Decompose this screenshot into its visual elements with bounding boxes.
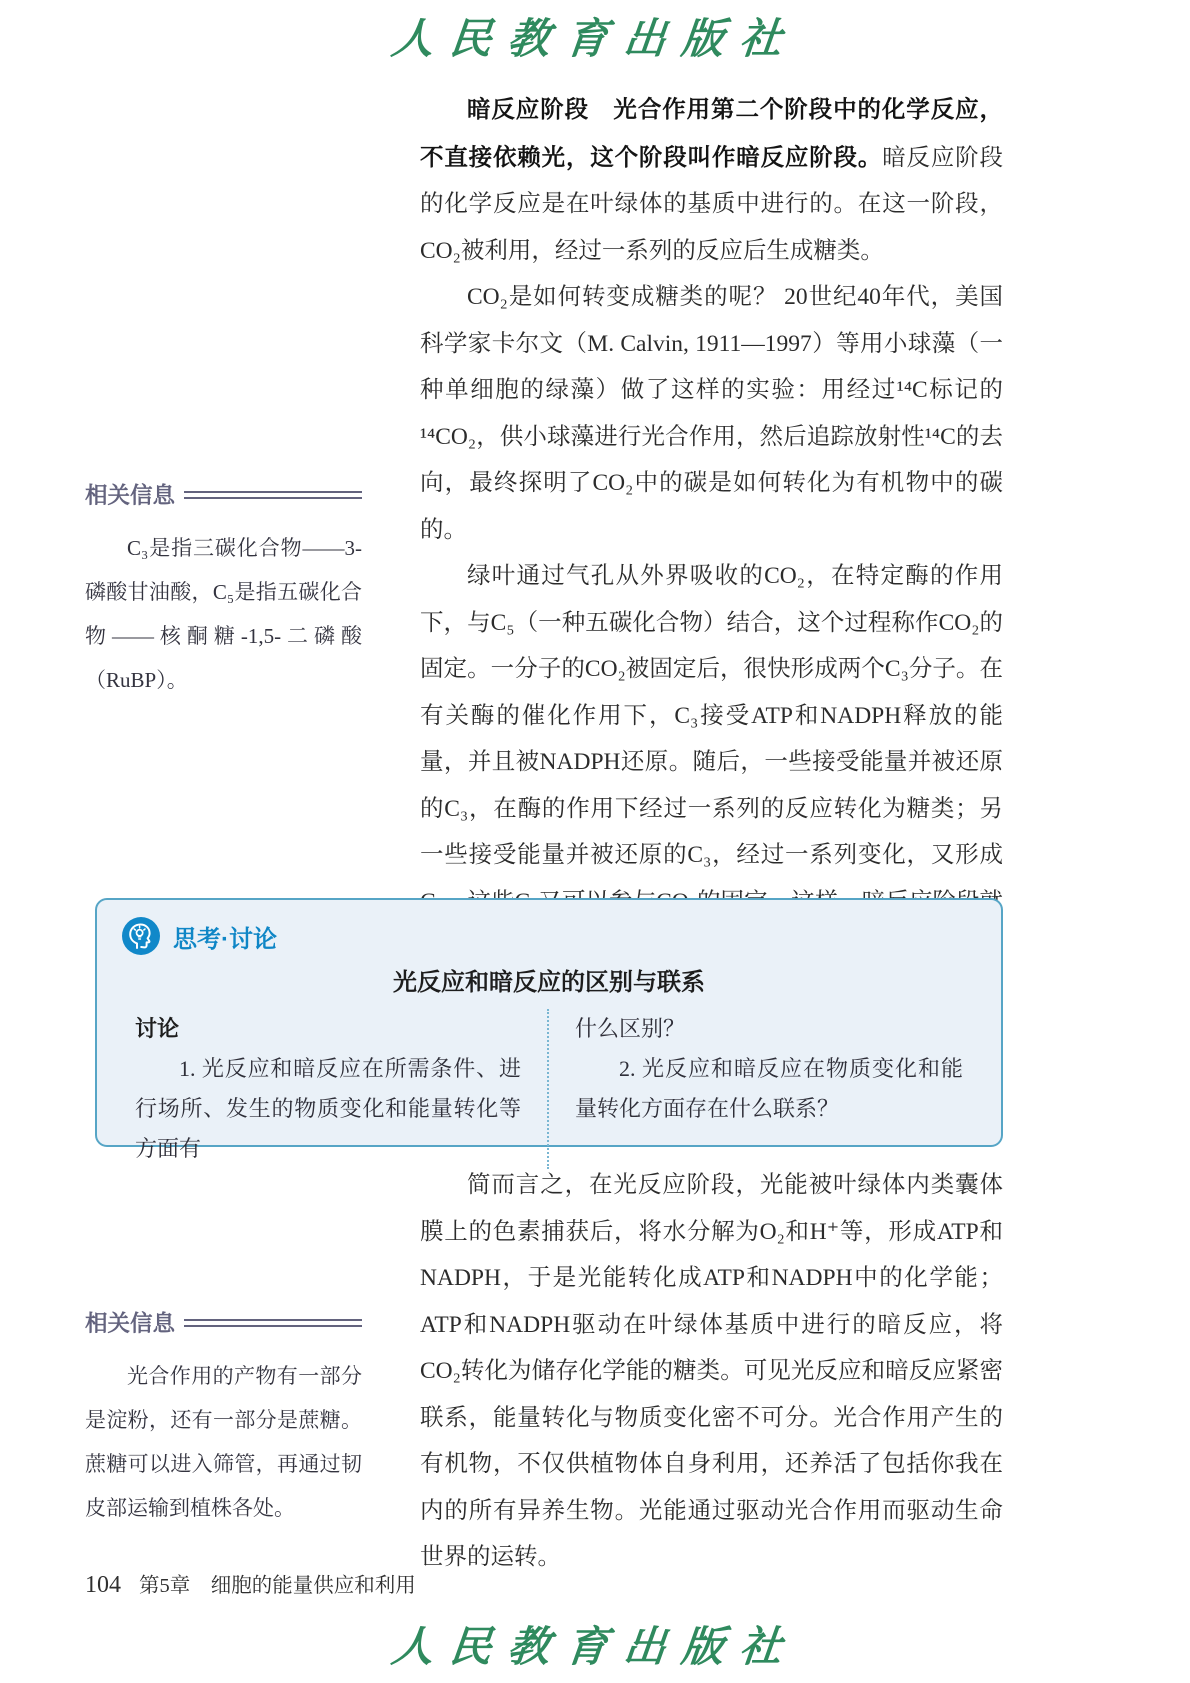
think-head-bulb-icon <box>121 916 161 956</box>
related-info-heading-row: 相关信息 <box>85 478 362 510</box>
related-info-text: 光合作用的产物有一部分是淀粉，还有一部分是蔗糖。蔗糖可以进入筛管，再通过韧皮部运… <box>85 1354 362 1530</box>
discuss-question-1: 1. 光反应和暗反应在所需条件、进行场所、发生的物质变化和能量转化等方面有 <box>135 1049 521 1169</box>
related-info-note-1: 相关信息 C₃是指三碳化合物——3-磷酸甘油酸，C₅是指五碳化合物——核酮糖-1… <box>85 478 362 702</box>
main-text-lower: 简而言之，在光反应阶段，光能被叶绿体内类囊体膜上的色素捕获后，将水分解为O₂和H… <box>420 1162 1003 1581</box>
discuss-column-right: 什么区别？ 2. 光反应和暗反应在物质变化和能量转化方面存在什么联系？ <box>549 1009 963 1169</box>
think-discuss-box: 思考·讨论 光反应和暗反应的区别与联系 讨论 1. 光反应和暗反应在所需条件、进… <box>95 898 1003 1147</box>
textbook-page: 人民教育出版社 暗反应阶段 光合作用第二个阶段中的化学反应，不直接依赖光，这个阶… <box>0 0 1190 1683</box>
paragraph-summary: 简而言之，在光反应阶段，光能被叶绿体内类囊体膜上的色素捕获后，将水分解为O₂和H… <box>420 1162 1003 1581</box>
publisher-logo-bottom: 人民教育出版社 <box>0 1614 1190 1674</box>
think-discuss-label: 思考·讨论 <box>173 919 277 954</box>
related-info-heading-row: 相关信息 <box>85 1306 362 1338</box>
publisher-logo-top: 人民教育出版社 <box>0 6 1190 66</box>
think-discuss-header: 思考·讨论 <box>121 916 1001 956</box>
discuss-question-1-continuation: 什么区别？ <box>575 1009 963 1049</box>
page-number: 104 <box>85 1572 121 1599</box>
discuss-question-2: 2. 光反应和暗反应在物质变化和能量转化方面存在什么联系？ <box>575 1049 963 1129</box>
related-info-heading: 相关信息 <box>85 1306 175 1338</box>
paragraph-calvin-experiment: CO₂是如何转变成糖类的呢？ 20世纪40年代，美国科学家卡尔文（M. Calv… <box>420 274 1003 553</box>
paragraph-dark-reaction: 暗反应阶段 光合作用第二个阶段中的化学反应，不直接依赖光，这个阶段叫作暗反应阶段… <box>420 86 1003 274</box>
main-text-upper: 暗反应阶段 光合作用第二个阶段中的化学反应，不直接依赖光，这个阶段叫作暗反应阶段… <box>420 86 1003 1018</box>
discuss-heading: 讨论 <box>135 1009 521 1049</box>
chapter-title: 第5章 细胞的能量供应和利用 <box>139 1568 416 1598</box>
discuss-column-left: 讨论 1. 光反应和暗反应在所需条件、进行场所、发生的物质变化和能量转化等方面有 <box>135 1009 549 1169</box>
double-rule-decoration <box>184 1319 362 1327</box>
related-info-text: C₃是指三碳化合物——3-磷酸甘油酸，C₅是指五碳化合物——核酮糖-1,5-二磷… <box>85 526 362 702</box>
page-footer: 104 第5章 细胞的能量供应和利用 <box>85 1568 416 1599</box>
think-discuss-title: 光反应和暗反应的区别与联系 <box>97 962 1001 997</box>
related-info-heading: 相关信息 <box>85 478 175 510</box>
related-info-note-2: 相关信息 光合作用的产物有一部分是淀粉，还有一部分是蔗糖。蔗糖可以进入筛管，再通… <box>85 1306 362 1530</box>
think-discuss-columns: 讨论 1. 光反应和暗反应在所需条件、进行场所、发生的物质变化和能量转化等方面有… <box>97 1009 1001 1169</box>
related-info-body: C₃是指三碳化合物——3-磷酸甘油酸，C₅是指五碳化合物——核酮糖-1,5-二磷… <box>85 526 362 702</box>
double-rule-decoration <box>184 491 362 499</box>
related-info-body: 光合作用的产物有一部分是淀粉，还有一部分是蔗糖。蔗糖可以进入筛管，再通过韧皮部运… <box>85 1354 362 1530</box>
